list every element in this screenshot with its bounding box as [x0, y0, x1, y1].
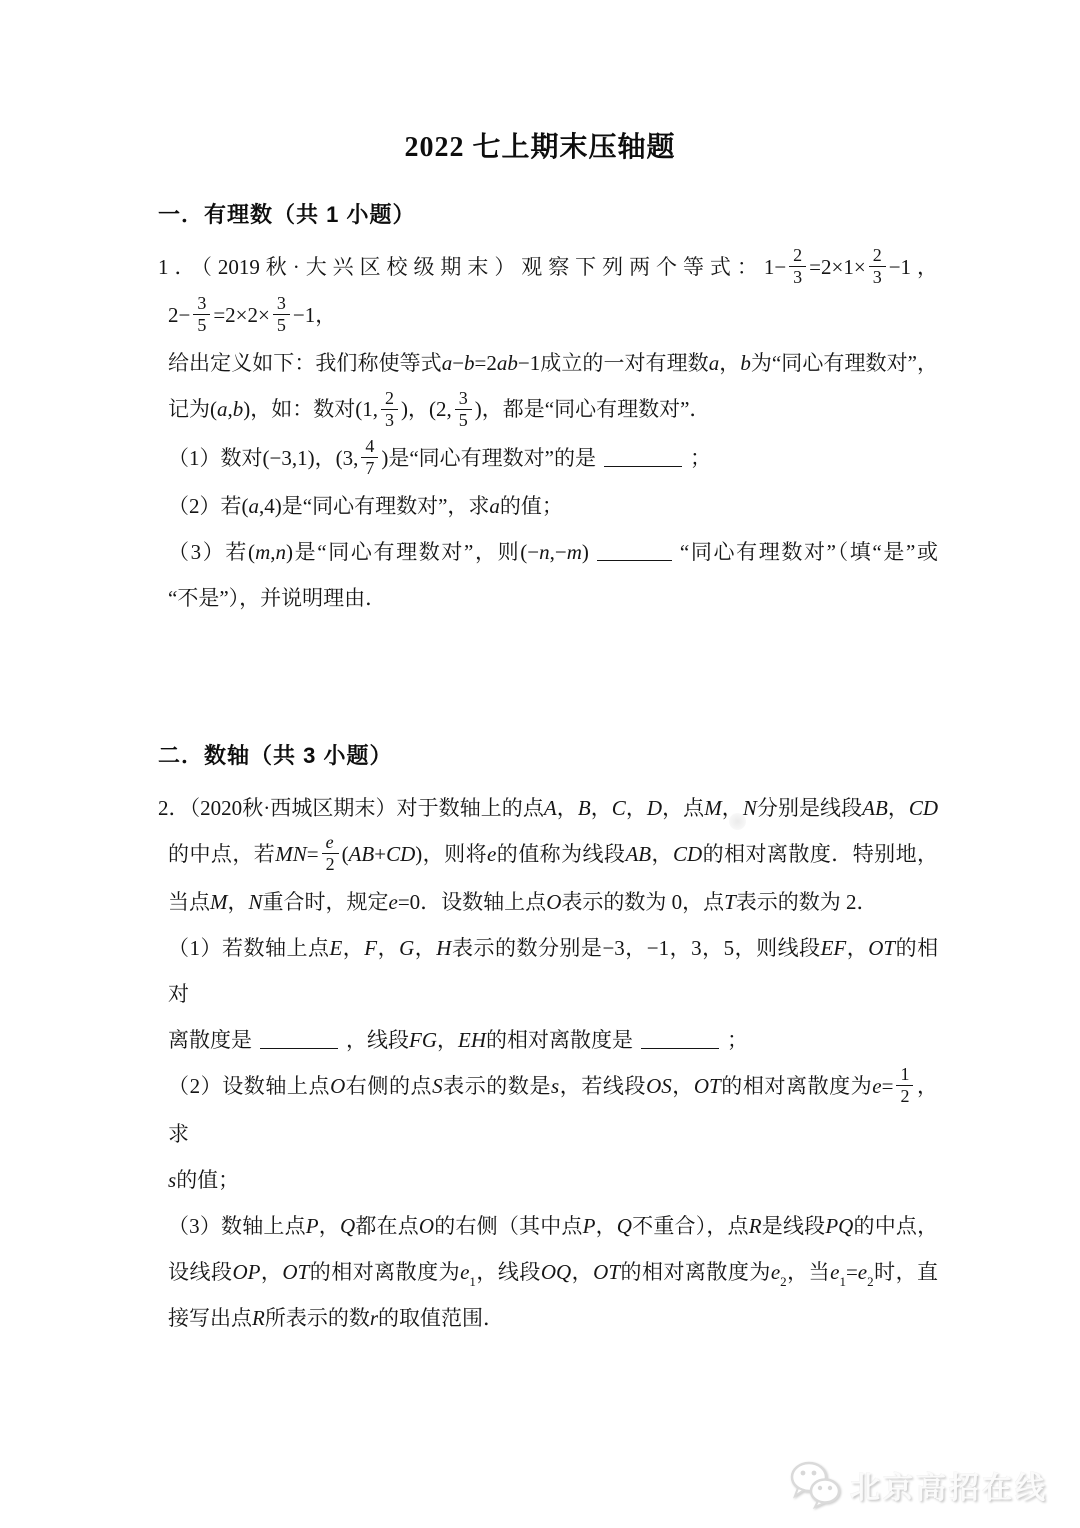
math-run: 3, — [343, 446, 359, 470]
fraction-numerator: 3 — [455, 386, 472, 409]
math-run: 2− — [168, 303, 190, 327]
math-variable: O — [330, 1074, 345, 1098]
math-run: = — [846, 1260, 858, 1284]
scan-smudge-dot — [729, 813, 746, 830]
text-run: )，如：数对( — [243, 397, 362, 421]
section-heading: 一．有理数（共 1 小题） — [158, 198, 938, 232]
math-variable: F — [364, 936, 377, 960]
math-variable: C — [612, 796, 626, 820]
text-run: 的值； — [500, 494, 563, 518]
math-variable: b — [233, 397, 244, 421]
problem: 1．（2019秋·大兴区校级期末）观察下列两个等式：1−23=2×1×23−1，… — [158, 244, 938, 621]
text-run: )是“同心有理数对”，求 — [275, 494, 490, 518]
fraction-denominator: 3 — [381, 409, 398, 432]
math-run: −1 — [293, 303, 315, 327]
text-run: 的右侧（其中点 — [434, 1214, 582, 1238]
text-run: ， — [846, 936, 868, 960]
fraction: 23 — [869, 243, 886, 289]
math-variable: m — [255, 540, 270, 564]
math-run: − — [452, 351, 464, 375]
math-variable: S — [432, 1074, 443, 1098]
text-run: ，线段 — [476, 1260, 541, 1284]
text-run: ， — [342, 936, 364, 960]
section: 一．有理数（共 1 小题）1．（2019秋·大兴区校级期末）观察下列两个等式：1… — [158, 198, 938, 621]
text-run: )，都是“同心有理数对”． — [475, 397, 711, 421]
math-variable: AB — [862, 796, 888, 820]
math-variable-subscripted: e2 — [858, 1260, 874, 1284]
text-run: 的相对离散度为 — [620, 1260, 771, 1284]
fraction-denominator: 5 — [193, 314, 210, 337]
text-run: ； — [690, 446, 711, 470]
math-variable: O — [546, 890, 561, 914]
text-run: ，3，5，则线段 — [669, 936, 820, 960]
math-variable: MN — [275, 842, 307, 866]
fraction: 35 — [193, 291, 210, 337]
math-variable: s — [551, 1074, 559, 1098]
text-run: 离散度是 — [168, 1028, 252, 1052]
watermark-text: 北京高招在线 — [850, 1463, 1048, 1507]
text-run: “不是”），并说明理由． — [168, 586, 386, 610]
text-line: 离散度是，线段FG，EH的相对离散度是； — [168, 1017, 938, 1063]
text-run: ， — [911, 255, 938, 279]
text-run: 都在点 — [355, 1214, 419, 1238]
math-variable: OT — [593, 1260, 620, 1284]
text-run: )，( — [401, 397, 436, 421]
text-run: ，当 — [787, 1260, 830, 1284]
fraction-denominator: 5 — [455, 409, 472, 432]
text-run: “同心有理数对”（填“是”或 — [680, 540, 938, 564]
text-run: ， — [595, 1214, 616, 1238]
text-run: 的相对离散度为 — [721, 1074, 873, 1098]
math-variable: E — [329, 936, 342, 960]
text-run: ( — [342, 842, 349, 866]
text-run: 表示的数是 — [443, 1074, 551, 1098]
math-run: 1− — [764, 255, 786, 279]
text-run: ， — [228, 890, 249, 914]
text-run: 重合时，规定 — [263, 890, 389, 914]
math-variable: a — [249, 494, 260, 518]
text-run: ， — [571, 1260, 593, 1284]
text-run: ， — [319, 1214, 340, 1238]
math-run: =2×2× — [213, 303, 270, 327]
math-variable: N — [249, 890, 263, 914]
text-run: 的相对离散度．特别地， — [702, 842, 938, 866]
text-run: ， — [377, 936, 399, 960]
math-run: − — [527, 540, 539, 564]
fraction-denominator: 5 — [273, 314, 290, 337]
math-variable: a — [489, 494, 500, 518]
math-variable: M — [704, 796, 722, 820]
math-variable: CD — [673, 842, 702, 866]
math-variable: G — [399, 936, 414, 960]
section-heading: 二．数轴（共 3 小题） — [158, 739, 938, 773]
fraction-numerator: 2 — [789, 243, 806, 266]
fraction: 35 — [273, 291, 290, 337]
text-run: 所表示的数 — [265, 1306, 370, 1330]
fraction: 23 — [381, 386, 398, 432]
text-run: ， — [651, 842, 673, 866]
math-variable: P — [306, 1214, 319, 1238]
text-run: 的相对离散度为 — [309, 1260, 460, 1284]
math-run: 2, — [436, 397, 452, 421]
math-variable: n — [275, 540, 286, 564]
text-run: ， — [260, 1260, 282, 1284]
math-variable: B — [578, 796, 591, 820]
text-line: 的中点，若MN=e2(AB+CD)，则将e的值称为线段AB，CD的相对离散度．特… — [168, 831, 938, 879]
text-line: 记为(a,b)，如：数对(1,23)，(2,35)，都是“同心有理数对”． — [168, 386, 938, 434]
fraction-denominator: 2 — [322, 853, 339, 876]
text-run: ， — [437, 1028, 458, 1052]
answer-blank — [597, 557, 672, 561]
math-run: −1 — [518, 351, 540, 375]
math-variable: AB — [625, 842, 651, 866]
math-run: =2 — [475, 351, 497, 375]
math-variable: e — [389, 890, 398, 914]
text-line: 2−35=2×2×35−1， — [168, 292, 938, 340]
text-run: （1）数对( — [168, 446, 270, 470]
text-run: ，若线段 — [559, 1074, 646, 1098]
document-page: 2022 七上期末压轴题 一．有理数（共 1 小题）1．（2019秋·大兴区校级… — [0, 0, 1080, 1528]
text-run: )是“同心有理数对”，则( — [286, 540, 527, 564]
text-run: 不重合），点 — [632, 1214, 749, 1238]
math-variable: D — [647, 796, 662, 820]
text-run: 1．（2019秋·大兴区校级期末）观察下列两个等式： — [158, 255, 764, 279]
math-variable: N — [743, 796, 757, 820]
text-run: 记为( — [168, 397, 217, 421]
text-run: 的相对离散度是 — [486, 1028, 633, 1052]
math-variable: r — [370, 1306, 378, 1330]
text-run: （2）设数轴上点 — [168, 1074, 330, 1098]
math-variable: e — [771, 1260, 780, 1284]
text-run: ， — [672, 1074, 694, 1098]
problem: 2．（2020秋·西城区期末）对于数轴上的点A，B，C，D，点M，N分别是线段A… — [158, 785, 938, 1341]
fraction-numerator: 2 — [869, 243, 886, 266]
text-line: s的值； — [168, 1157, 938, 1203]
math-variable: OP — [232, 1260, 260, 1284]
math-run: = — [882, 1074, 894, 1098]
math-variable: a — [709, 351, 720, 375]
math-variable: m — [567, 540, 582, 564]
math-variable: a — [217, 397, 228, 421]
math-run: −3,1 — [270, 446, 308, 470]
fraction-numerator: e — [322, 830, 339, 853]
text-run: ， — [625, 936, 647, 960]
text-line: 给出定义如下：我们称使等式a−b=2ab−1成立的一对有理数a，b为“同心有理数… — [168, 340, 938, 386]
text-run: ， — [591, 796, 612, 820]
math-variable: OQ — [541, 1260, 571, 1284]
text-line: （2）若(a,4)是“同心有理数对”，求a的值； — [168, 483, 938, 529]
math-variable: R — [749, 1214, 762, 1238]
math-run: ,4 — [259, 494, 275, 518]
math-variable: b — [740, 351, 751, 375]
text-line: （1）若数轴上点E，F，G，H表示的数分别是−3，−1，3，5，则线段EF，OT… — [168, 925, 938, 1017]
text-run: ， — [557, 796, 578, 820]
text-run: ， — [719, 351, 740, 375]
math-variable: PQ — [825, 1214, 853, 1238]
text-run: （1）若数轴上点 — [168, 936, 329, 960]
text-run: 成立的一对有理数 — [540, 351, 708, 375]
text-line: （3）若(m,n)是“同心有理数对”，则(−n,−m)“同心有理数对”（填“是”… — [168, 529, 938, 575]
text-run: ， — [626, 796, 647, 820]
text-line: （2）设数轴上点O右侧的点S表示的数是s，若线段OS，OT的相对离散度为e=12… — [168, 1063, 938, 1157]
document-title: 2022 七上期末压轴题 — [0, 128, 1080, 168]
wechat-icon — [788, 1460, 844, 1510]
fraction-numerator: 1 — [896, 1062, 913, 1085]
text-run: 时，直 — [874, 1260, 938, 1284]
text-run: 设线段 — [168, 1260, 232, 1284]
text-run: 表示的数为 0，点 — [561, 890, 724, 914]
text-run: ，点 — [662, 796, 704, 820]
math-variable: ab — [497, 351, 518, 375]
fraction-numerator: 3 — [273, 291, 290, 314]
math-variable: OT — [282, 1260, 309, 1284]
fraction: 47 — [361, 434, 378, 480]
math-variable: OT — [868, 936, 895, 960]
text-line: 2．（2020秋·西城区期末）对于数轴上的点A，B，C，D，点M，N分别是线段A… — [158, 785, 938, 831]
math-variable-subscripted: e1 — [830, 1260, 846, 1284]
text-run: 的取值范围． — [378, 1306, 504, 1330]
math-run: = — [307, 842, 319, 866]
text-run: 表示的数分别是 — [451, 936, 602, 960]
text-run: 的中点， — [853, 1214, 938, 1238]
math-run: =2×1× — [809, 255, 866, 279]
text-run: 的中点，若 — [168, 842, 275, 866]
text-run: )，( — [308, 446, 343, 470]
math-run: =0 — [398, 890, 420, 914]
text-line: （3）数轴上点P，Q都在点O的右侧（其中点P，Q不重合），点R是线段PQ的中点， — [168, 1203, 938, 1249]
math-run: −1 — [889, 255, 911, 279]
text-run: 为“同心有理数对”， — [751, 351, 938, 375]
math-variable: FG — [409, 1028, 437, 1052]
text-run: ， — [888, 796, 909, 820]
text-run: ．设数轴上点 — [420, 890, 546, 914]
text-run: 的值称为线段 — [496, 842, 625, 866]
text-run: )是“同心有理数对”的是 — [381, 446, 596, 470]
fraction: 12 — [896, 1062, 913, 1108]
math-variable: e — [858, 1260, 867, 1284]
math-variable: e — [872, 1074, 881, 1098]
text-line: （1）数对(−3,1)，(3,47)是“同心有理数对”的是； — [168, 435, 938, 483]
fraction-numerator: 2 — [381, 386, 398, 409]
content: 一．有理数（共 1 小题）1．（2019秋·大兴区校级期末）观察下列两个等式：1… — [158, 198, 938, 1341]
text-run: 接写出点 — [168, 1306, 252, 1330]
math-variable: EF — [821, 936, 847, 960]
math-variable: R — [252, 1306, 265, 1330]
math-variable: EH — [458, 1028, 486, 1052]
text-line: “不是”），并说明理由． — [168, 575, 938, 621]
text-run: ，线段 — [346, 1028, 409, 1052]
text-run: 2．（2020秋·西城区期末）对于数轴上的点 — [158, 796, 544, 820]
watermark: 北京高招在线 — [788, 1460, 1048, 1510]
math-run: ,− — [550, 540, 567, 564]
math-variable: M — [210, 890, 228, 914]
text-run: 当点 — [168, 890, 210, 914]
text-run: ， — [315, 303, 336, 327]
fraction-denominator: 2 — [896, 1085, 913, 1108]
text-run: 表示的数为 2． — [736, 890, 878, 914]
math-variable: Q — [617, 1214, 632, 1238]
math-variable: b — [464, 351, 475, 375]
math-variable: O — [419, 1214, 434, 1238]
math-variable: s — [168, 1168, 176, 1192]
text-run: 的值； — [176, 1168, 239, 1192]
math-variable: H — [436, 936, 451, 960]
fraction-denominator: 3 — [869, 266, 886, 289]
answer-blank — [641, 1045, 719, 1049]
math-variable: OT — [694, 1074, 721, 1098]
fraction-numerator: 3 — [193, 291, 210, 314]
text-run: ， — [414, 936, 436, 960]
fraction-denominator: 7 — [361, 457, 378, 480]
math-run: + — [374, 842, 386, 866]
math-run: 1, — [362, 397, 378, 421]
math-variable: P — [583, 1214, 596, 1238]
fraction: e2 — [322, 830, 339, 876]
math-variable: CD — [909, 796, 938, 820]
math-run: −1 — [647, 936, 669, 960]
math-run: −3 — [602, 936, 624, 960]
fraction: 23 — [789, 243, 806, 289]
math-variable: A — [544, 796, 557, 820]
text-run: （3）若( — [168, 540, 255, 564]
text-run: ； — [727, 1028, 748, 1052]
section: 二．数轴（共 3 小题）2．（2020秋·西城区期末）对于数轴上的点A，B，C，… — [158, 739, 938, 1341]
math-variable: AB — [349, 842, 375, 866]
math-variable: Q — [340, 1214, 355, 1238]
math-variable-subscripted: e2 — [771, 1260, 787, 1284]
text-line: 当点M，N重合时，规定e=0．设数轴上点O表示的数为 0，点T表示的数为 2． — [168, 879, 938, 925]
fraction-denominator: 3 — [789, 266, 806, 289]
math-variable: a — [442, 351, 453, 375]
math-variable: T — [724, 890, 736, 914]
text-run: 右侧的点 — [345, 1074, 432, 1098]
text-line: 1．（2019秋·大兴区校级期末）观察下列两个等式：1−23=2×1×23−1， — [158, 244, 938, 292]
text-run: （2）若( — [168, 494, 249, 518]
fraction-numerator: 4 — [361, 434, 378, 457]
text-line: 接写出点R所表示的数r的取值范围． — [168, 1295, 938, 1341]
text-line: 设线段OP，OT的相对离散度为e1，线段OQ，OT的相对离散度为e2，当e1=e… — [168, 1249, 938, 1295]
math-variable: e — [487, 842, 496, 866]
math-variable-subscripted: e1 — [460, 1260, 476, 1284]
text-run: ) — [582, 540, 589, 564]
math-variable: n — [539, 540, 550, 564]
answer-blank — [260, 1045, 338, 1049]
answer-blank — [604, 463, 682, 467]
math-variable: CD — [386, 842, 415, 866]
text-run: （3）数轴上点 — [168, 1214, 306, 1238]
math-variable: OS — [646, 1074, 672, 1098]
text-run: 是线段 — [762, 1214, 826, 1238]
text-run: 给出定义如下：我们称使等式 — [168, 351, 442, 375]
fraction: 35 — [455, 386, 472, 432]
text-run: 分别是线段 — [757, 796, 862, 820]
text-run: )，则将 — [415, 842, 487, 866]
